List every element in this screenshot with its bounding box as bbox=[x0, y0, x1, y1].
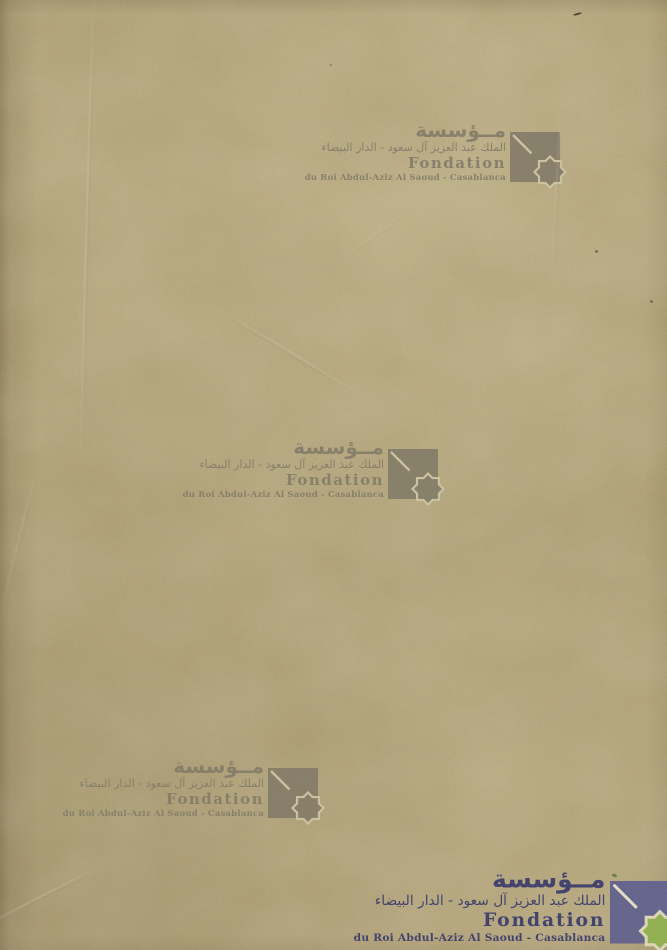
stamp-latin-title: Fondation bbox=[483, 911, 606, 931]
eight-point-star-icon bbox=[413, 474, 444, 505]
paper-crease bbox=[219, 310, 362, 398]
paper-speck bbox=[650, 300, 653, 303]
paper-crease bbox=[328, 204, 419, 271]
stamp-latin-subtitle: du Roi Abdul-Aziz Al Saoud - Casablanca bbox=[353, 933, 605, 945]
paper-crease bbox=[79, 0, 95, 462]
paper-crease bbox=[1, 472, 38, 609]
stamp-text-block: مــؤسسة الملك عبد العزيز آل سعود - الدار… bbox=[63, 756, 264, 820]
stamp-latin-subtitle: du Roi Abdul-Aziz Al Saoud - Casablanca bbox=[63, 810, 264, 820]
foundation-logo-icon bbox=[388, 449, 448, 509]
paper-crease bbox=[0, 867, 100, 929]
stamp-latin-title: Fondation bbox=[408, 156, 506, 172]
foundation-stamp-bottom-right: مــؤسسة الملك عبد العزيز آل سعود - الدار… bbox=[353, 866, 667, 950]
paper-speck bbox=[330, 64, 332, 66]
stamp-latin-subtitle: du Roi Abdul-Aziz Al Saoud - Casablanca bbox=[305, 174, 506, 184]
stamp-arabic-title: مــؤسسة bbox=[492, 866, 605, 892]
foundation-logo-icon bbox=[610, 881, 667, 950]
stamp-latin-title: Fondation bbox=[286, 473, 384, 489]
paper-speck bbox=[595, 250, 598, 253]
eight-point-star-icon bbox=[293, 793, 324, 824]
stamp-arabic-title: مــؤسسة bbox=[415, 120, 506, 141]
stamp-arabic-subtitle: الملك عبد العزيز آل سعود - الدار البيضاء bbox=[79, 778, 264, 790]
stamp-text-block: مــؤسسة الملك عبد العزيز آل سعود - الدار… bbox=[353, 866, 605, 946]
stamp-text-block: مــؤسسة الملك عبد العزيز آل سعود - الدار… bbox=[305, 120, 506, 184]
foundation-stamp-middle: مــؤسسة الملك عبد العزيز آل سعود - الدار… bbox=[183, 437, 448, 509]
paper-speck bbox=[573, 12, 582, 16]
stamp-arabic-title: مــؤسسة bbox=[293, 437, 384, 458]
foundation-stamp-top: مــؤسسة الملك عبد العزيز آل سعود - الدار… bbox=[305, 120, 570, 192]
stamp-latin-subtitle: du Roi Abdul-Aziz Al Saoud - Casablanca bbox=[183, 491, 384, 501]
stamp-text-block: مــؤسسة الملك عبد العزيز آل سعود - الدار… bbox=[183, 437, 384, 501]
stamp-arabic-subtitle: الملك عبد العزيز آل سعود - الدار البيضاء bbox=[374, 894, 605, 909]
foundation-logo-icon bbox=[510, 132, 570, 192]
stamp-arabic-subtitle: الملك عبد العزيز آل سعود - الدار البيضاء bbox=[199, 459, 384, 471]
foundation-stamp-bottom-left: مــؤسسة الملك عبد العزيز آل سعود - الدار… bbox=[63, 756, 328, 828]
eight-point-star-icon bbox=[535, 157, 566, 188]
stamp-latin-title: Fondation bbox=[166, 792, 264, 808]
foundation-logo-icon bbox=[268, 768, 328, 828]
stamp-arabic-subtitle: الملك عبد العزيز آل سعود - الدار البيضاء bbox=[321, 142, 506, 154]
stamp-arabic-title: مــؤسسة bbox=[173, 756, 264, 777]
scanned-page: مــؤسسة الملك عبد العزيز آل سعود - الدار… bbox=[0, 0, 667, 950]
